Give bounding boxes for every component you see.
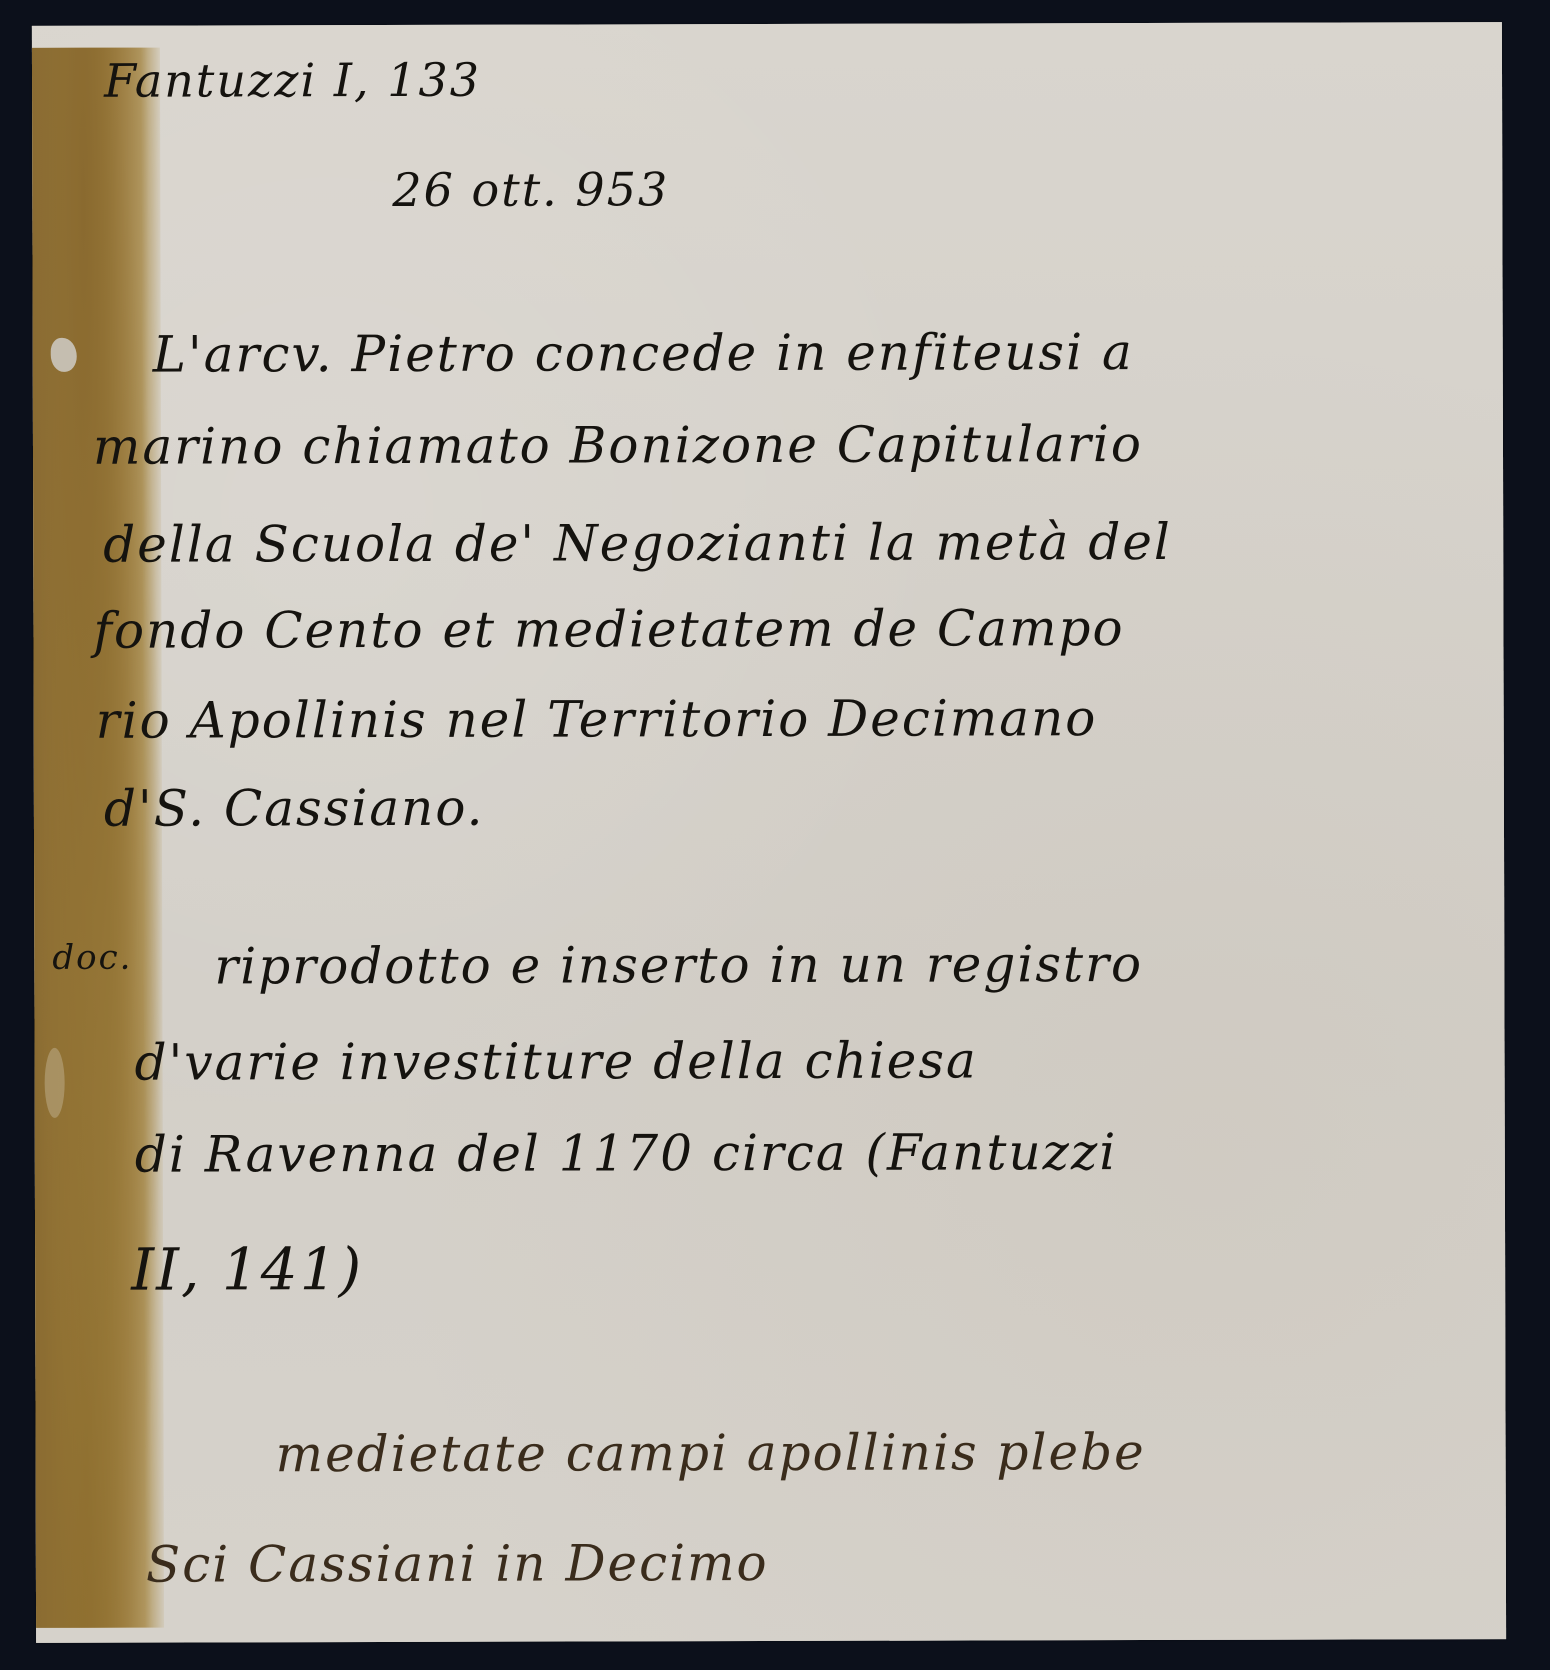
date-header: 26 ott. 953 bbox=[392, 162, 669, 217]
text-line: di Ravenna del 1170 circa (Fantuzzi bbox=[135, 1123, 1118, 1184]
text-line: fondo Cento et medietatem de Campo bbox=[93, 599, 1124, 660]
text-line: medietate campi apollinis plebe bbox=[276, 1423, 1146, 1483]
text-line: riprodotto e inserto in un registro bbox=[214, 935, 1143, 995]
stain-spot bbox=[45, 1048, 65, 1118]
text-line: rio Apollinis nel Territorio Decimano bbox=[96, 689, 1098, 750]
text-line: d'varie investiture della chiesa bbox=[135, 1031, 978, 1091]
text-line: d'S. Cassiano. bbox=[104, 779, 485, 838]
text-line: II, 141) bbox=[131, 1235, 363, 1304]
stain-spot bbox=[51, 338, 77, 372]
text-line: della Scuola de' Negozianti la metà del bbox=[103, 513, 1172, 574]
margin-note: doc. bbox=[52, 938, 132, 978]
document-page: Fantuzzi I, 133 26 ott. 953 L'arcv. Piet… bbox=[32, 22, 1506, 1643]
text-line: Sci Cassiani in Decimo bbox=[146, 1534, 769, 1594]
text-line: marino chiamato Bonizone Capitulario bbox=[93, 415, 1143, 476]
reference-header: Fantuzzi I, 133 bbox=[104, 53, 481, 108]
tape-stain bbox=[32, 48, 164, 1628]
text-line: L'arcv. Pietro concede in enfiteusi a bbox=[153, 323, 1134, 384]
